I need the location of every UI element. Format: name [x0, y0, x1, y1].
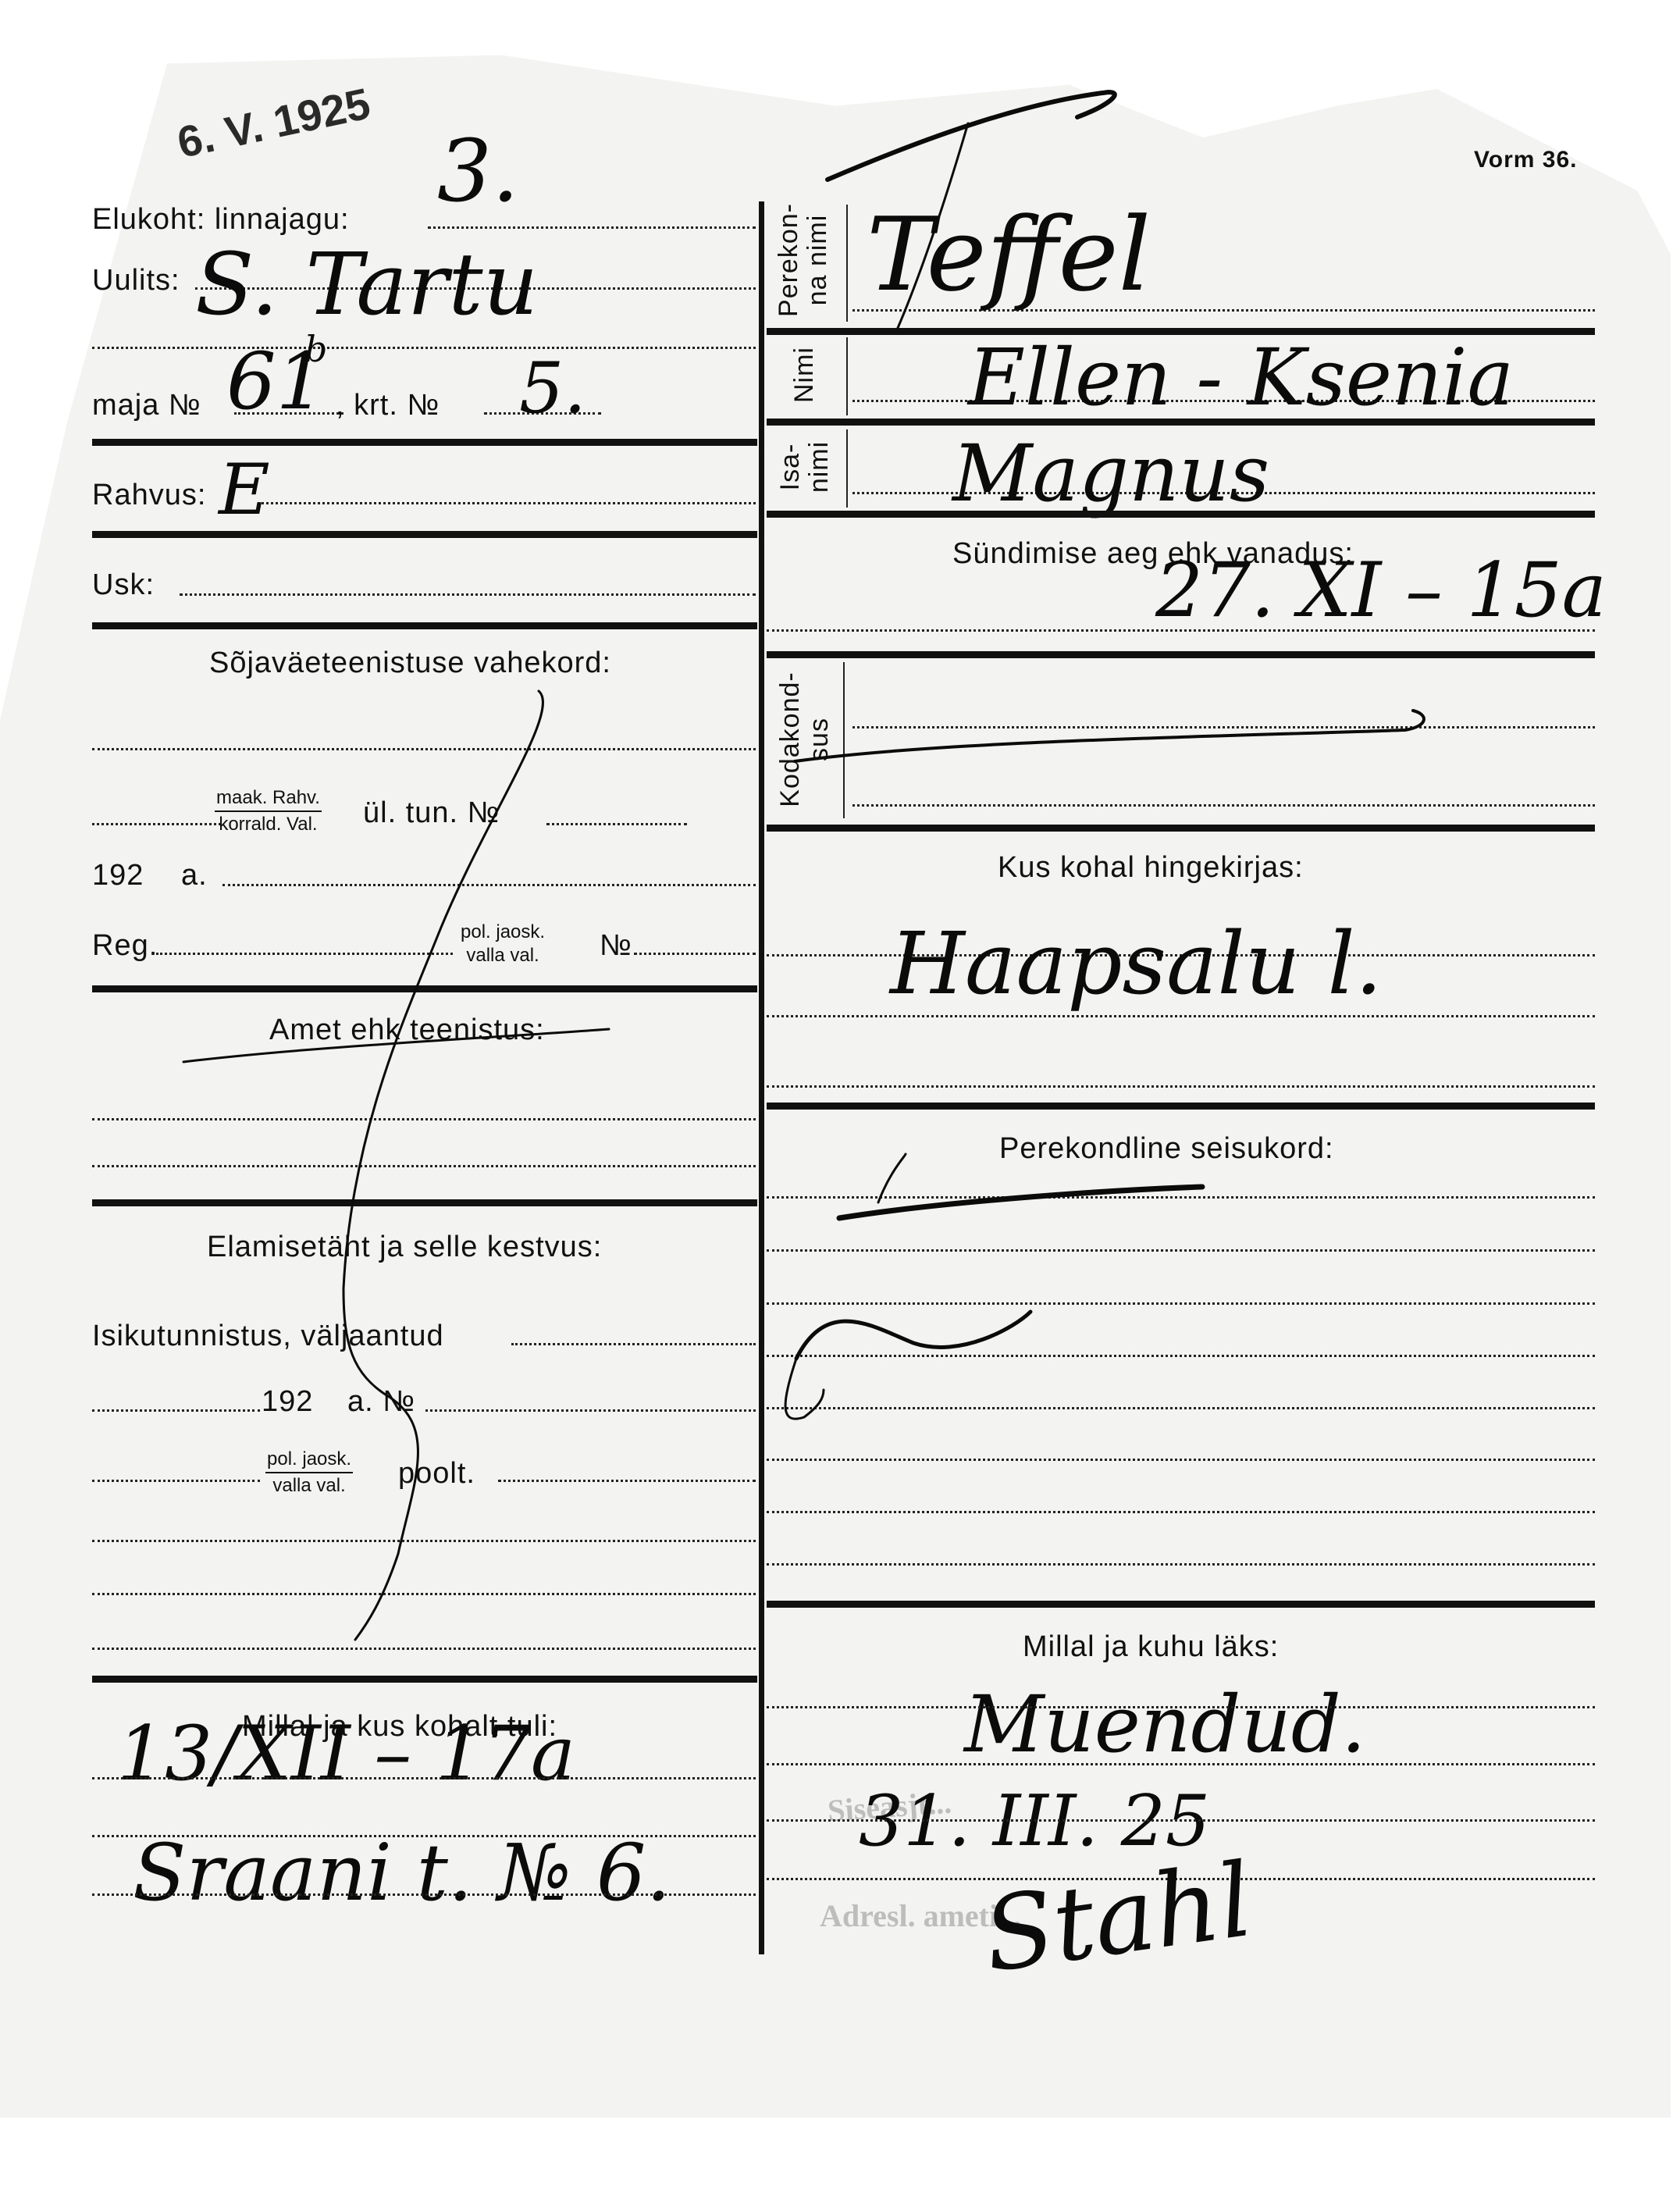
maja-sup: b	[304, 328, 327, 370]
ul-tun-field[interactable]	[546, 823, 687, 825]
ul-tun-label: ül. tun. №	[363, 798, 500, 828]
isik-issuer-field[interactable]	[92, 1480, 260, 1482]
uulits-field-line2[interactable]	[92, 347, 756, 349]
rahvus-field[interactable]	[258, 502, 756, 504]
rule	[92, 1676, 757, 1683]
isik-no-field[interactable]	[425, 1409, 756, 1412]
reg-pol-fraction: pol. jaosk. valla val.	[461, 920, 545, 966]
millal-tuli-field-line3[interactable]	[92, 1893, 756, 1896]
perekonnanimi-value: Teffel	[867, 195, 1151, 314]
elamise-field-line1[interactable]	[92, 1540, 756, 1542]
label-separator	[846, 337, 848, 415]
label-separator	[846, 205, 848, 322]
millal-tuli-field-line1[interactable]	[92, 1777, 756, 1779]
rule	[767, 1103, 1595, 1110]
amet-field-line2[interactable]	[92, 1165, 756, 1167]
amet-heading: Amet ehk teenistus:	[269, 1015, 545, 1045]
perekonnanimi-label: Perekon- na nimi	[774, 201, 833, 319]
elukoht-label: Elukoht: linnajagu:	[92, 205, 350, 234]
korrald-val-label: korrald. Val.	[215, 812, 322, 835]
maak-korrald-fraction: maak. Rahv. korrald. Val.	[215, 787, 322, 835]
year-field[interactable]	[222, 884, 756, 886]
perekondline-field-line2[interactable]	[767, 1249, 1595, 1252]
rule	[767, 1601, 1595, 1608]
isik-date-field[interactable]	[92, 1409, 260, 1412]
rule	[92, 439, 757, 446]
reg-label: Reg.	[92, 931, 158, 960]
center-divider	[759, 201, 764, 1954]
perekondline-field-line3[interactable]	[767, 1302, 1595, 1305]
poolt-label: poolt.	[398, 1459, 475, 1488]
pol-jaosk-label: pol. jaosk.	[265, 1448, 353, 1473]
krt-value: 5.	[519, 347, 586, 429]
isanimi-label: Isa- nimi	[776, 429, 835, 504]
uulits-value: S. Tartu	[195, 234, 538, 334]
rule	[92, 531, 757, 538]
sundimise-value: 27. XI – 15a	[1155, 547, 1607, 634]
isanimi-value: Magnus	[952, 428, 1269, 519]
perekondline-field-line4[interactable]	[767, 1355, 1595, 1357]
rule	[767, 419, 1595, 426]
isik-pol-fraction: pol. jaosk. valla val.	[265, 1448, 353, 1496]
rahvus-label: Rahvus:	[92, 480, 206, 510]
label-separator	[846, 429, 848, 508]
millal-laks-field-line2[interactable]	[767, 1763, 1595, 1765]
rule	[767, 651, 1595, 658]
poolt-field[interactable]	[498, 1480, 756, 1482]
sojavae-field-line2[interactable]	[92, 823, 221, 825]
amet-field-line1[interactable]	[92, 1118, 756, 1120]
kodakondsus-label: Kodakond- sus	[776, 665, 835, 814]
elukoht-value: 3.	[437, 121, 519, 221]
year-label: 192	[92, 860, 144, 890]
hingekirjas-field-line2[interactable]	[767, 1015, 1595, 1017]
elamise-field-line3[interactable]	[92, 1648, 756, 1650]
millal-laks-field-line1[interactable]	[767, 1706, 1595, 1708]
hingekirjas-value: Haapsalu l.	[890, 914, 1383, 1014]
perekondline-field-line5[interactable]	[767, 1407, 1595, 1409]
kodakondsus-field-line1[interactable]	[852, 726, 1595, 729]
millal-laks-heading: Millal ja kuhu läks:	[1023, 1632, 1279, 1662]
millal-laks-field-line3[interactable]	[767, 1819, 1595, 1822]
usk-label: Usk:	[92, 570, 155, 600]
elamise-heading: Elamisetäht ja selle kestvus:	[207, 1232, 602, 1262]
isikutunnistus-field[interactable]	[511, 1343, 756, 1345]
reg-field[interactable]	[156, 953, 453, 955]
reg-no-field[interactable]	[634, 953, 756, 955]
perekondline-field-line8[interactable]	[767, 1563, 1595, 1566]
rule	[92, 1199, 757, 1206]
millal-tuli-date: 13/XII – 17a	[117, 1710, 575, 1797]
millal-laks-value: Muendud.	[964, 1679, 1366, 1770]
sojavae-field-line1[interactable]	[92, 748, 756, 750]
krt-label: , krt. №	[336, 390, 440, 420]
elukoht-field[interactable]	[428, 226, 756, 229]
isik-year-label: 192	[262, 1387, 313, 1416]
kodakondsus-field-line2[interactable]	[852, 804, 1595, 807]
valla-val-label: valla val.	[265, 1473, 353, 1497]
valla-val-label: valla val.	[461, 943, 545, 967]
isik-year-suffix: a. №	[347, 1387, 415, 1416]
nimi-value: Ellen - Ksenia	[968, 332, 1514, 423]
perekondline-field-line7[interactable]	[767, 1511, 1595, 1513]
rule	[92, 622, 757, 629]
usk-field[interactable]	[180, 593, 756, 596]
rule	[92, 985, 757, 992]
reg-no-label: №	[600, 931, 632, 960]
perekondline-heading: Perekondline seisukord:	[999, 1134, 1334, 1163]
nimi-label: Nimi	[790, 337, 819, 412]
maja-label: maja №	[92, 390, 201, 420]
elamise-field-line2[interactable]	[92, 1593, 756, 1595]
form-number: Vorm 36.	[1474, 148, 1578, 172]
millal-tuli-place: Sraani t. № 6.	[133, 1827, 671, 1918]
perekondline-field-line6[interactable]	[767, 1459, 1595, 1461]
rahvus-value: E	[219, 449, 270, 531]
year-suffix: a.	[181, 860, 208, 890]
label-separator	[843, 662, 845, 818]
rule	[767, 825, 1595, 832]
rule	[767, 511, 1595, 518]
isikutunnistus-label: Isikutunnistus, väljaantud	[92, 1321, 444, 1351]
pol-jaosk-label: pol. jaosk.	[461, 920, 545, 943]
perekondline-field-line1[interactable]	[767, 1196, 1595, 1199]
uulits-label: Uulits:	[92, 265, 180, 295]
sojavae-heading: Sõjaväeteenistuse vahekord:	[209, 648, 611, 678]
maak-rahv-label: maak. Rahv.	[215, 787, 322, 812]
hingekirjas-field-line3[interactable]	[767, 1085, 1595, 1088]
hingekirjas-heading: Kus kohal hingekirjas:	[998, 853, 1304, 882]
